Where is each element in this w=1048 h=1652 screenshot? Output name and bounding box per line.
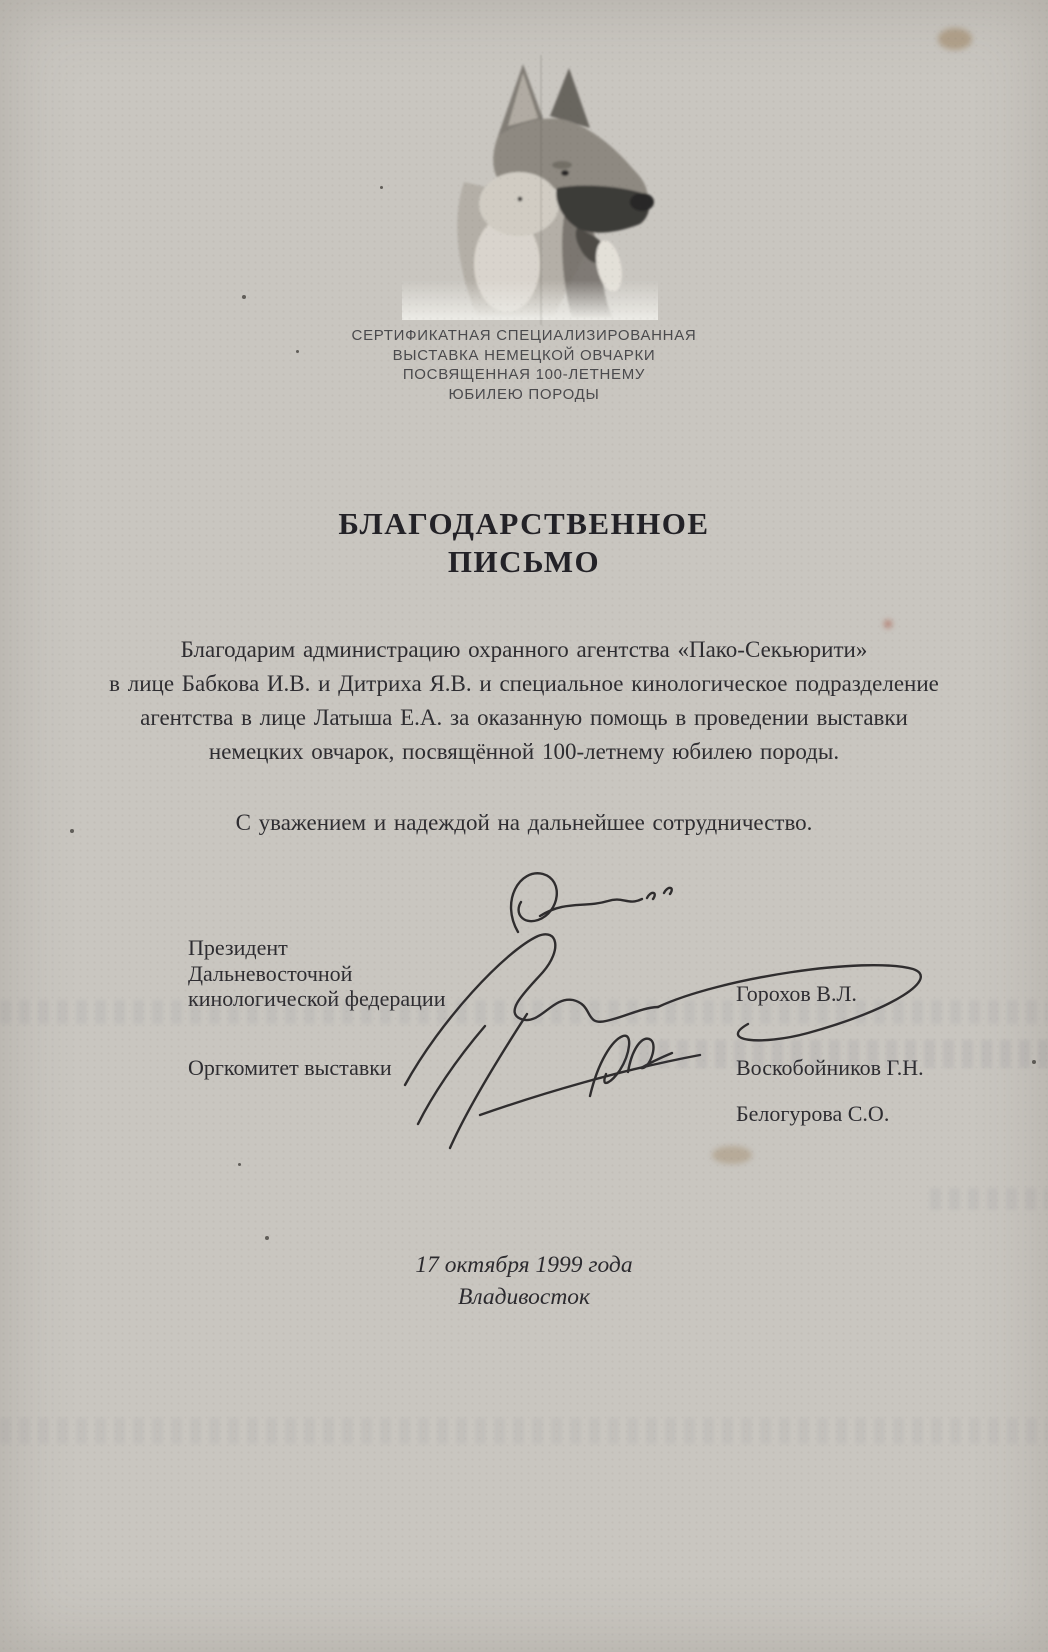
body-line: агентства в лице Латыша Е.А. за оказанну…: [0, 701, 1048, 735]
paper-speck: [265, 1236, 269, 1240]
paper-stain: [712, 1146, 752, 1164]
signature-scribble-icon: [405, 934, 921, 1148]
signatures-overlay: [380, 856, 960, 1156]
signature-scribble-icon: [480, 1036, 700, 1115]
date-line: 17 октября 1999 года: [0, 1249, 1048, 1281]
body-line: немецких овчарок, посвящённой 100-летнем…: [0, 735, 1048, 769]
signature-scribble-icon: [511, 873, 672, 932]
orgcommittee-label: Оргкомитет выставки: [188, 1055, 392, 1081]
body-line: в лице Бабкова И.В. и Дитриха Я.В. и спе…: [0, 667, 1048, 701]
paper-speck: [242, 295, 246, 299]
logo-caption-line: СЕРТИФИКАТНАЯ СПЕЦИАЛИЗИРОВАННАЯ: [0, 326, 1048, 346]
paper-speck: [296, 350, 299, 353]
paper-speck: [1032, 1060, 1036, 1064]
logo-caption: СЕРТИФИКАТНАЯ СПЕЦИАЛИЗИРОВАННАЯ ВЫСТАВК…: [0, 326, 1048, 404]
bleedthrough-band: [0, 1418, 1048, 1444]
paper-speck: [238, 1163, 241, 1166]
body-paragraph: Благодарим администрацию охранного агент…: [0, 633, 1048, 769]
document-title: БЛАГОДАРСТВЕННОЕ ПИСЬМО: [0, 505, 1048, 581]
logo-caption-line: ВЫСТАВКА НЕМЕЦКОЙ ОВЧАРКИ: [0, 346, 1048, 366]
body-line: Благодарим администрацию охранного агент…: [0, 633, 1048, 667]
logo-caption-line: ЮБИЛЕЮ ПОРОДЫ: [0, 385, 1048, 405]
logo-caption-line: ПОСВЯЩЕННАЯ 100-ЛЕТНЕМУ: [0, 365, 1048, 385]
paper-stain: [938, 28, 972, 50]
document-title-line: БЛАГОДАРСТВЕННОЕ: [0, 505, 1048, 543]
paper-crease: [540, 55, 542, 325]
paper-speck: [380, 186, 383, 189]
bleedthrough-band: [930, 1188, 1048, 1210]
date-block: 17 октября 1999 года Владивосток: [0, 1249, 1048, 1313]
city-line: Владивосток: [0, 1281, 1048, 1313]
paper-speck: [70, 829, 74, 833]
paper-stain: [884, 620, 892, 628]
closing-line: С уважением и надеждой на дальнейшее сот…: [0, 806, 1048, 840]
document-title-line: ПИСЬМО: [0, 543, 1048, 581]
scanned-letter-page: СЕРТИФИКАТНАЯ СПЕЦИАЛИЗИРОВАННАЯ ВЫСТАВК…: [0, 0, 1048, 1652]
german-shepherd-head-icon: [402, 52, 658, 320]
